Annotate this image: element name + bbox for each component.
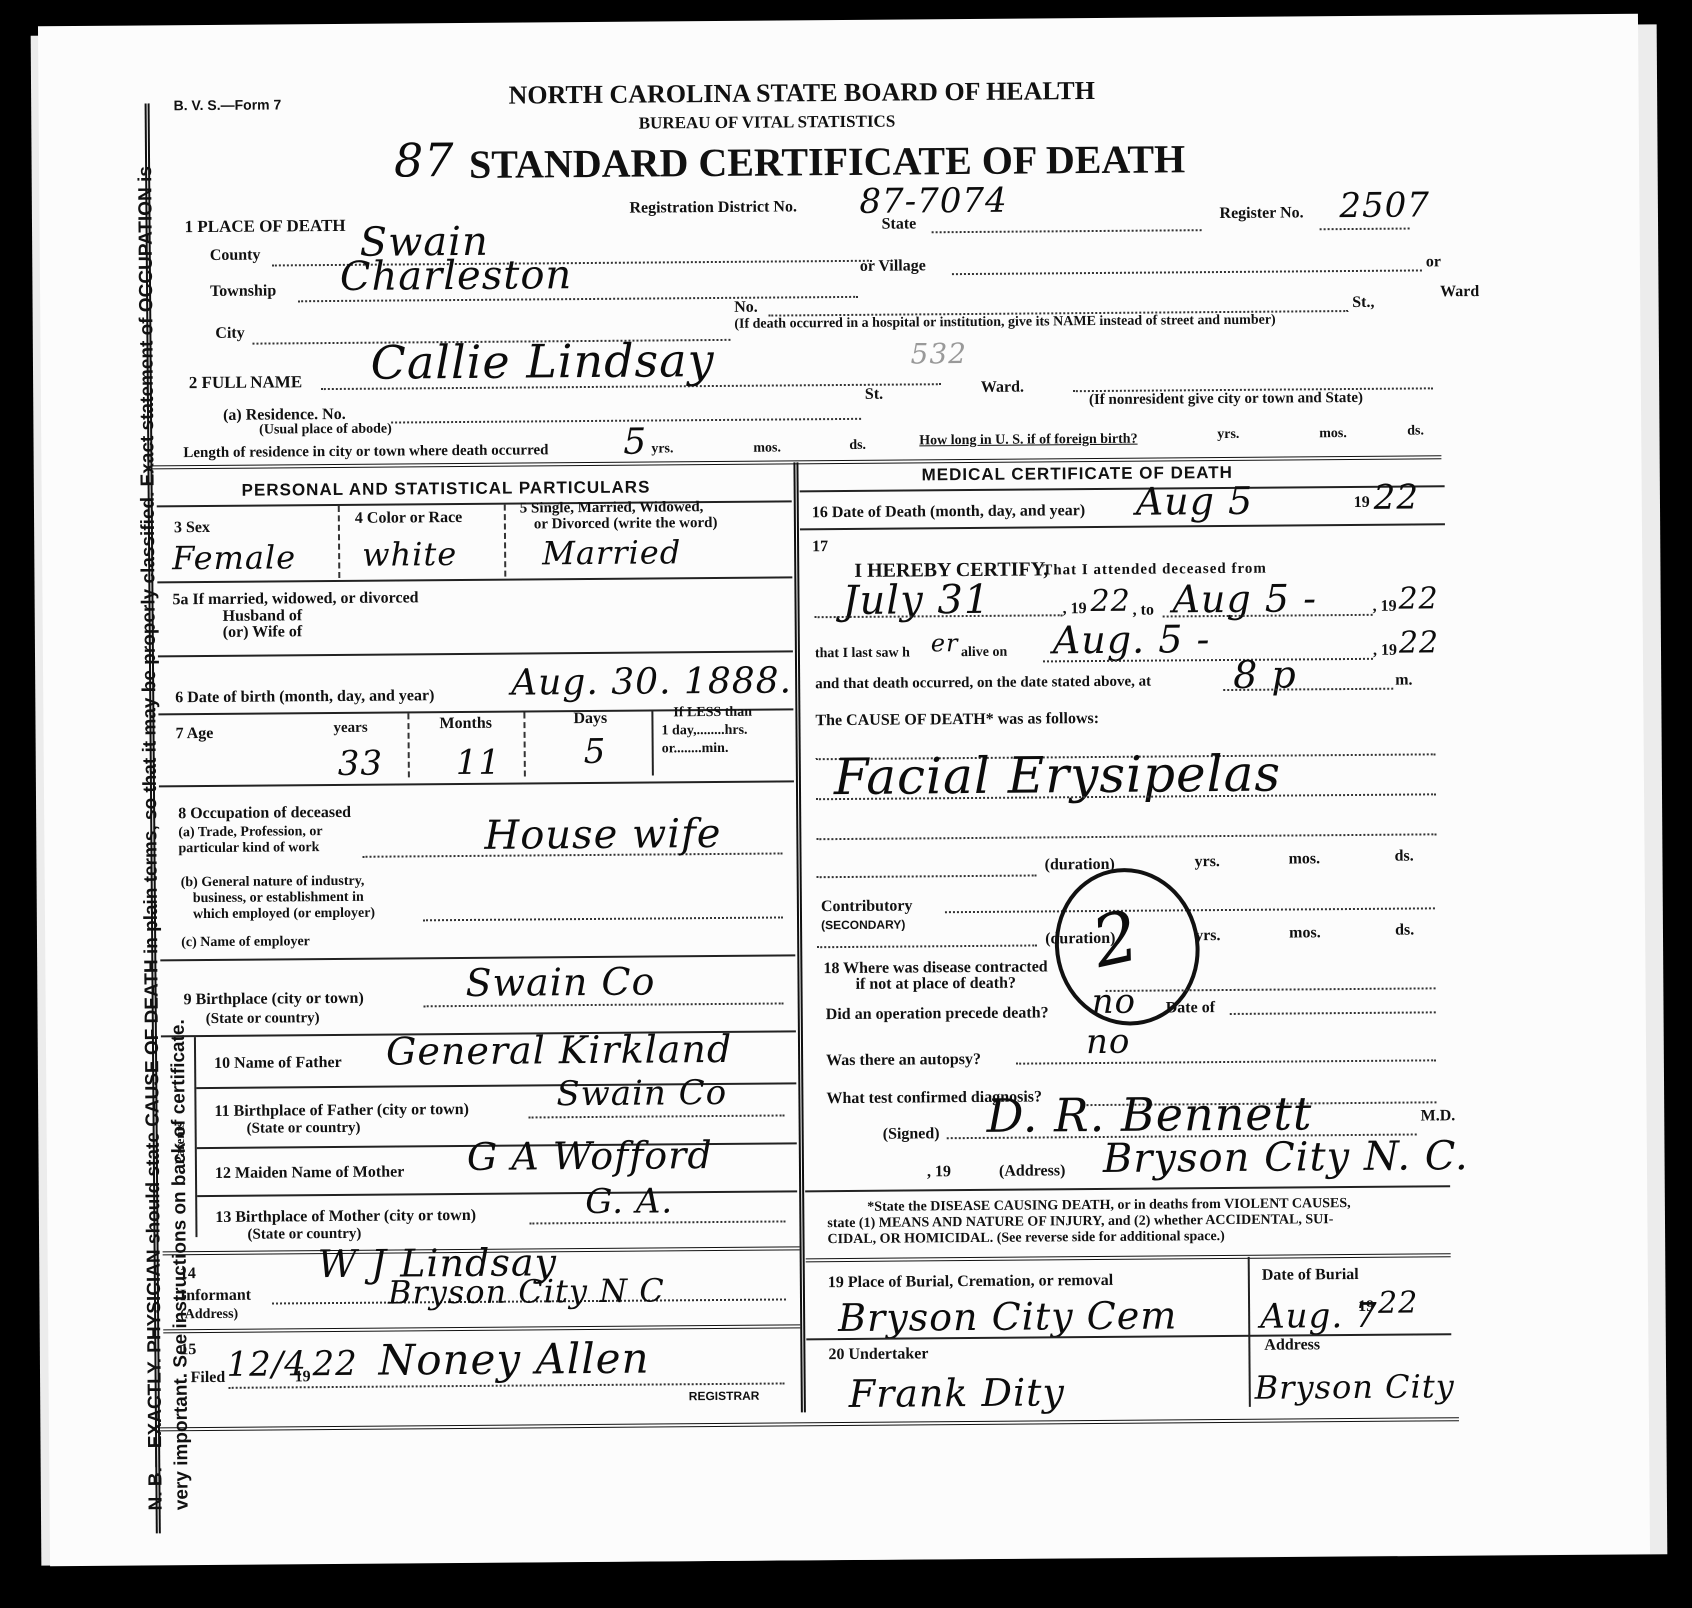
or-label: or bbox=[1426, 253, 1441, 271]
duration-ds-1: ds. bbox=[1394, 848, 1413, 866]
filed-num: 15 bbox=[180, 1341, 196, 1359]
length-residence-label: Length of residence in city or town wher… bbox=[183, 442, 548, 462]
length-yrs: yrs. bbox=[651, 441, 673, 457]
registration-district-label: Registration District No. bbox=[629, 198, 797, 217]
age-days-label: Days bbox=[573, 710, 607, 728]
foreign-mos: mos. bbox=[1319, 426, 1347, 442]
father-birthplace-sub: (State or country) bbox=[247, 1120, 361, 1138]
duration-ds-2: ds. bbox=[1395, 922, 1414, 940]
township-label: Township bbox=[210, 282, 276, 301]
full-name-value: Callie Lindsay bbox=[370, 333, 714, 390]
dod-year-prefix: 19 bbox=[1354, 494, 1370, 512]
burial-date-label: Date of Burial bbox=[1262, 1266, 1359, 1285]
father-label: 10 Name of Father bbox=[214, 1054, 342, 1073]
informant-label: Informant bbox=[180, 1287, 251, 1306]
race-label: 4 Color or Race bbox=[355, 509, 463, 528]
father-value: General Kirkland bbox=[386, 1027, 733, 1074]
birthplace-value: Swain Co bbox=[465, 959, 655, 1004]
attended-from-year-prefix: , 19 bbox=[1063, 600, 1087, 618]
residence-ward-label: Ward. bbox=[981, 379, 1024, 397]
death-time-suffix: m. bbox=[1395, 672, 1412, 690]
registrar-label: REGISTRAR bbox=[689, 1389, 760, 1404]
cause-label: The CAUSE OF DEATH* was as follows: bbox=[815, 710, 1099, 730]
board-name: NORTH CAROLINA STATE BOARD OF HEALTH bbox=[508, 76, 1095, 111]
certificate-page: N. B.—EXACTLY. PHYSICIAN should state CA… bbox=[38, 14, 1650, 1567]
city-st-label: St., bbox=[1352, 294, 1374, 312]
age-months-value: 11 bbox=[456, 743, 502, 783]
age-months-label: Months bbox=[439, 715, 492, 733]
physician-address: Bryson City N. C. bbox=[1103, 1133, 1469, 1182]
last-saw-pronoun: er bbox=[931, 629, 959, 657]
residence-st-label: St. bbox=[865, 386, 883, 404]
duration-mos-1: mos. bbox=[1288, 850, 1320, 868]
father-birthplace-label: 11 Birthplace of Father (city or town) bbox=[214, 1101, 469, 1121]
occ-b-label-1: (b) General nature of industry, bbox=[181, 874, 365, 891]
contributory-label: Contributory bbox=[821, 897, 913, 916]
race-value: white bbox=[362, 535, 457, 574]
autopsy-value: no bbox=[1086, 1022, 1131, 1062]
mother-birthplace-label: 13 Birthplace of Mother (city or town) bbox=[215, 1207, 476, 1227]
state-label: State bbox=[881, 215, 916, 233]
last-saw-value: Aug. 5 - bbox=[1053, 617, 1211, 662]
operation-value: no bbox=[1092, 982, 1137, 1022]
city-label: City bbox=[215, 325, 244, 343]
attended-to-year-prefix: , 19 bbox=[1373, 598, 1397, 616]
bureau-name: BUREAU OF VITAL STATISTICS bbox=[639, 112, 896, 134]
duration-mos-2: mos. bbox=[1289, 924, 1321, 942]
foreign-ds: ds. bbox=[1407, 423, 1424, 439]
sex-value: Female bbox=[172, 538, 296, 577]
foreign-birth-label: How long in U. S. if of foreign birth? bbox=[919, 432, 1137, 450]
occupation-label: 8 Occupation of deceased bbox=[178, 804, 351, 823]
less-than-label-2: 1 day,........hrs. bbox=[661, 723, 747, 740]
age-label: 7 Age bbox=[175, 725, 213, 743]
item-17: 17 bbox=[812, 538, 828, 556]
age-years-label: years bbox=[333, 720, 367, 737]
occ-b-label-3: which employed (or employer) bbox=[193, 906, 375, 923]
last-saw-year-prefix: , 19 bbox=[1373, 642, 1397, 660]
city-ward-label: Ward bbox=[1440, 283, 1479, 301]
registrar-name: Noney Allen bbox=[378, 1334, 650, 1385]
informant-num: 14 bbox=[180, 1265, 196, 1283]
death-time-label: and that death occurred, on the date sta… bbox=[815, 674, 1151, 694]
last-saw-year: 22 bbox=[1399, 625, 1439, 660]
register-no-value: 2507 bbox=[1339, 185, 1430, 226]
informant-sub: (Address) bbox=[180, 1307, 238, 1323]
year-label: , 19 bbox=[927, 1163, 951, 1181]
city-no-label: No. bbox=[734, 299, 758, 317]
occ-a-value: House wife bbox=[484, 811, 722, 859]
length-mos: mos. bbox=[753, 440, 781, 456]
last-saw-label-2: alive on bbox=[961, 645, 1007, 661]
dod-year: 22 bbox=[1374, 477, 1420, 517]
dod-label: 16 Date of Death (month, day, and year) bbox=[812, 502, 1085, 522]
residence-sub: (Usual place of abode) bbox=[259, 422, 392, 439]
occ-a-label-1: (a) Trade, Profession, or bbox=[178, 824, 322, 841]
burial-place-value: Bryson City Cem bbox=[838, 1293, 1177, 1340]
dob-value: Aug. 30. 1888. bbox=[511, 660, 792, 703]
mother-birthplace-value: G. A. bbox=[585, 1181, 673, 1222]
operation-label: Did an operation precede death? bbox=[826, 1004, 1049, 1024]
circled-mark-value: 2 bbox=[1085, 894, 1147, 984]
undertaker-value: Frank Dity bbox=[849, 1370, 1065, 1416]
sex-label: 3 Sex bbox=[174, 519, 210, 537]
margin-number: 87 bbox=[394, 133, 455, 187]
length-residence-years: 5 bbox=[623, 422, 647, 463]
less-than-label-1: If LESS than bbox=[673, 705, 752, 722]
marital-value: Married bbox=[542, 533, 681, 572]
informant-address: Bryson City N C bbox=[388, 1271, 665, 1311]
autopsy-label: Was there an autopsy? bbox=[826, 1051, 981, 1070]
birthplace-label: 9 Birthplace (city or town) bbox=[184, 990, 364, 1009]
nonresident-note: (If nonresident give city or town and St… bbox=[1089, 390, 1363, 409]
age-days-value: 5 bbox=[584, 732, 607, 772]
undertaker-address-label: Address bbox=[1264, 1336, 1320, 1354]
filed-year: 22 bbox=[312, 1344, 358, 1384]
full-name-label: 2 FULL NAME bbox=[189, 372, 302, 393]
last-saw-label-1: that I last saw h bbox=[815, 645, 910, 662]
burial-year-prefix: 19 bbox=[1358, 1298, 1374, 1316]
page-title: STANDARD CERTIFICATE OF DEATH bbox=[469, 135, 1185, 188]
foreign-yrs: yrs. bbox=[1217, 427, 1239, 443]
footnote-3: CIDAL, OR HOMICIDAL. (See reverse side f… bbox=[827, 1229, 1224, 1248]
less-than-label-3: or........min. bbox=[662, 741, 729, 758]
name-annotation: 532 bbox=[910, 337, 967, 370]
parents-label: Parents bbox=[172, 1122, 188, 1164]
md-label: M.D. bbox=[1421, 1107, 1456, 1125]
occ-a-label-2: particular kind of work bbox=[178, 840, 319, 857]
age-years-value: 33 bbox=[338, 744, 384, 784]
burial-place-label: 19 Place of Burial, Cremation, or remova… bbox=[828, 1272, 1113, 1292]
spouse-label-3: (or) Wife of bbox=[223, 623, 303, 642]
dod-month-day: Aug 5 bbox=[1136, 479, 1254, 524]
mother-value: G A Wofford bbox=[467, 1133, 713, 1179]
father-birthplace-value: Swain Co bbox=[556, 1073, 727, 1114]
contracted-label-2: if not at place of death? bbox=[855, 975, 1016, 994]
signed-label: (Signed) bbox=[883, 1125, 940, 1143]
duration-yrs-1: yrs. bbox=[1195, 853, 1220, 871]
mother-label: 12 Maiden Name of Mother bbox=[215, 1163, 404, 1182]
county-label: County bbox=[210, 247, 261, 265]
filed-year-prefix: 19 bbox=[295, 1368, 311, 1386]
or-village-label: or Village bbox=[860, 257, 926, 276]
form-id: B. V. S.—Form 7 bbox=[174, 96, 282, 113]
birthplace-sub: (State or country) bbox=[206, 1010, 320, 1028]
undertaker-address-value: Bryson City bbox=[1255, 1367, 1455, 1407]
date-of-label: Date of bbox=[1166, 999, 1215, 1017]
register-no-label: Register No. bbox=[1219, 204, 1303, 223]
place-of-death-label: 1 PLACE OF DEATH bbox=[184, 216, 345, 237]
occ-c-label: (c) Name of employer bbox=[181, 934, 310, 951]
length-ds: ds. bbox=[849, 438, 866, 454]
spouse-label-1: 5a If married, widowed, or divorced bbox=[172, 589, 418, 609]
attended-from-year: 22 bbox=[1090, 584, 1130, 619]
personal-heading: PERSONAL AND STATISTICAL PARTICULARS bbox=[242, 478, 651, 501]
marital-label-2: or Divorced (write the word) bbox=[534, 515, 718, 533]
occ-b-label-2: business, or establishment in bbox=[193, 890, 364, 907]
undertaker-label: 20 Undertaker bbox=[828, 1345, 928, 1364]
secondary-label: (SECONDARY) bbox=[821, 918, 905, 933]
physician-address-label: (Address) bbox=[999, 1162, 1066, 1181]
dob-label: 6 Date of birth (month, day, and year) bbox=[175, 687, 434, 707]
filed-label: Filed bbox=[191, 1369, 226, 1387]
burial-year: 22 bbox=[1378, 1286, 1418, 1321]
township-value: Charleston bbox=[340, 252, 573, 300]
attended-to-year: 22 bbox=[1398, 581, 1438, 616]
